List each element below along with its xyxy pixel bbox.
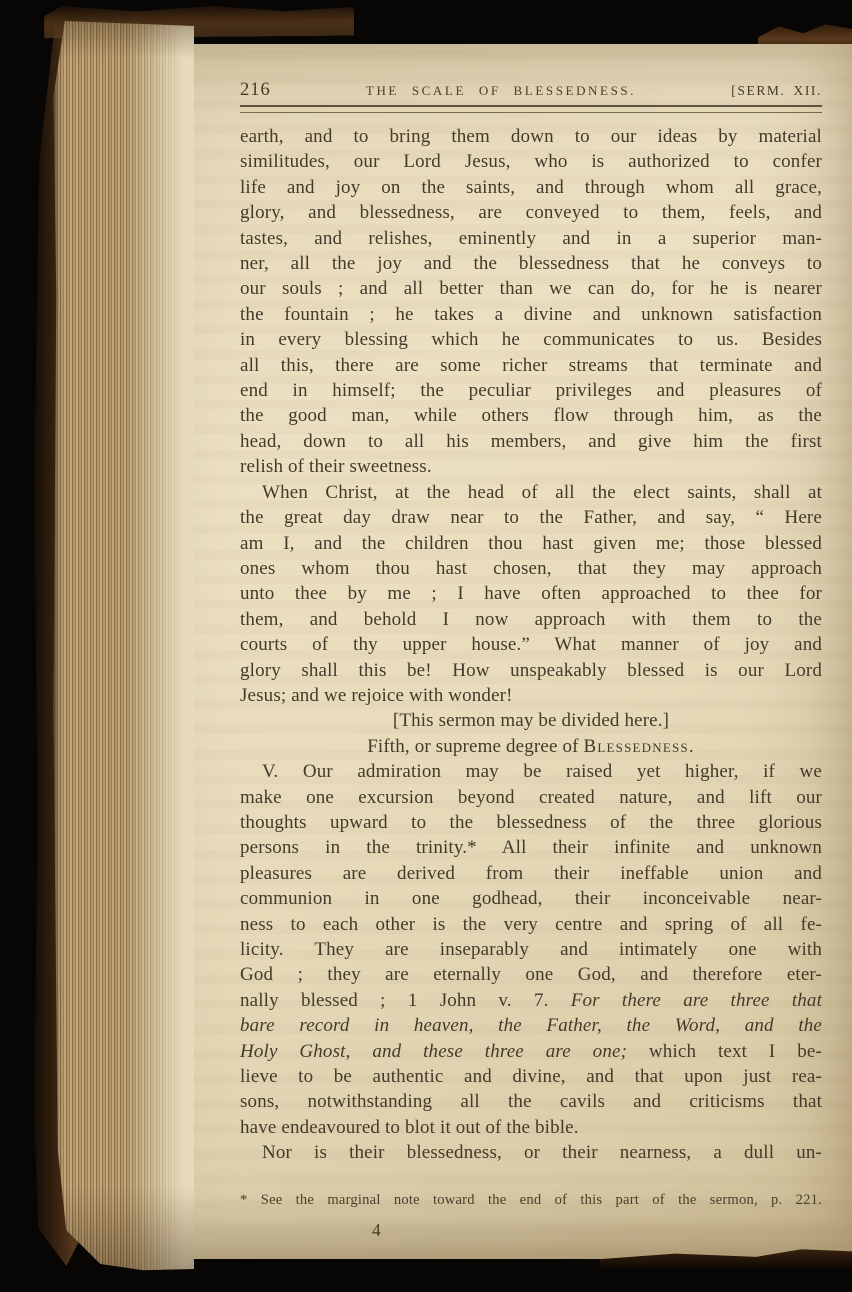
header-rule (240, 105, 822, 113)
scripture-quote: For there are three that (571, 990, 822, 1011)
page-number: 216 (240, 78, 271, 103)
paragraph-3: V. Our admiration may be raised yet high… (240, 759, 822, 1140)
running-title: THE SCALE OF BLESSEDNESS. (366, 78, 636, 103)
signature-mark: 4 (240, 1218, 822, 1243)
text-line: similitudes, our Lord Jesus, who is auth… (240, 149, 822, 174)
page-body: earth, and to bring them down to our ide… (240, 124, 822, 1166)
text-line: When Christ, at the head of all the elec… (240, 480, 822, 505)
text-line: all this, there are some richer streams … (240, 353, 822, 378)
text-line: have endeavoured to blot it out of the b… (240, 1115, 822, 1140)
paragraph-4: Nor is their blessedness, or their nearn… (240, 1140, 822, 1165)
text-line: communion in one godhead, their inconcei… (240, 886, 822, 911)
paragraph-1: earth, and to bring them down to our ide… (240, 124, 822, 480)
text-segment: which text I be- (649, 1041, 822, 1062)
scripture-quote: bare record in heaven, the Father, the W… (240, 1013, 822, 1038)
text-line: Nor is their blessedness, or their nearn… (240, 1140, 822, 1165)
text-line: nally blessed ; 1 John v. 7. For there a… (240, 988, 822, 1013)
section-heading-smallcaps: Blessedness. (584, 736, 695, 757)
text-line: lieve to be authentic and divine, and th… (240, 1064, 822, 1089)
text-line: God ; they are eternally one God, and th… (240, 962, 822, 987)
photo-background: 216 THE SCALE OF BLESSEDNESS. [SERM. XII… (0, 0, 852, 1292)
text-line: tastes, and relishes, eminently and in a… (240, 226, 822, 251)
text-line: V. Our admiration may be raised yet high… (240, 759, 822, 784)
page-header: 216 THE SCALE OF BLESSEDNESS. [SERM. XII… (240, 78, 822, 102)
section-heading: Fifth, or supreme degree of Blessedness. (240, 734, 822, 759)
text-line: end in himself; the peculiar privileges … (240, 378, 822, 403)
printed-text-column: 216 THE SCALE OF BLESSEDNESS. [SERM. XII… (240, 78, 822, 1243)
text-line: glory shall this be! How unspeakably ble… (240, 658, 822, 683)
text-line: sons, notwithstanding all the cavils and… (240, 1089, 822, 1114)
text-line: make one excursion beyond created nature… (240, 785, 822, 810)
text-line: pleasures are derived from their ineffab… (240, 861, 822, 886)
text-line: persons in the trinity.* All their infin… (240, 835, 822, 860)
text-line: the good man, while others flow through … (240, 403, 822, 428)
text-line: ones whom thou hast chosen, that they ma… (240, 556, 822, 581)
text-line: relish of their sweetness. (240, 454, 822, 479)
text-line: thoughts upward to the blessedness of th… (240, 810, 822, 835)
text-line: the great day draw near to the Father, a… (240, 505, 822, 530)
text-line: ness to each other is the very centre an… (240, 912, 822, 937)
sermon-marker: [SERM. XII. (731, 78, 822, 103)
text-line: head, down to all his members, and give … (240, 429, 822, 454)
paragraph-2: When Christ, at the head of all the elec… (240, 480, 822, 709)
text-line: our souls ; and all better than we can d… (240, 276, 822, 301)
text-line: the fountain ; he takes a divine and unk… (240, 302, 822, 327)
footnote: * See the marginal note toward the end o… (240, 1191, 822, 1209)
text-line: in every blessing which he communicates … (240, 327, 822, 352)
text-line: ner, all the joy and the blessedness tha… (240, 251, 822, 276)
text-line: Holy Ghost, and these three are one; whi… (240, 1039, 822, 1064)
scripture-intro: nally blessed ; 1 John v. 7. (240, 990, 571, 1011)
text-line: am I, and the children thou hast given m… (240, 531, 822, 556)
text-line: life and joy on the saints, and through … (240, 175, 822, 200)
page-fore-edge (52, 21, 194, 1274)
text-line: licity. They are inseparably and intimat… (240, 937, 822, 962)
text-line: them, and behold I now approach with the… (240, 607, 822, 632)
section-heading-prefix: Fifth, or supreme degree of (367, 736, 583, 757)
text-line: earth, and to bring them down to our ide… (240, 124, 822, 149)
scripture-quote: Holy Ghost, and these three are one; (240, 1041, 649, 1062)
text-line: unto thee by me ; I have often approache… (240, 581, 822, 606)
divider-note: [This sermon may be divided here.] (240, 708, 822, 733)
text-line: courts of thy upper house.” What manner … (240, 632, 822, 657)
text-line: glory, and blessedness, are conveyed to … (240, 200, 822, 225)
text-line: Jesus; and we rejoice with wonder! (240, 683, 822, 708)
